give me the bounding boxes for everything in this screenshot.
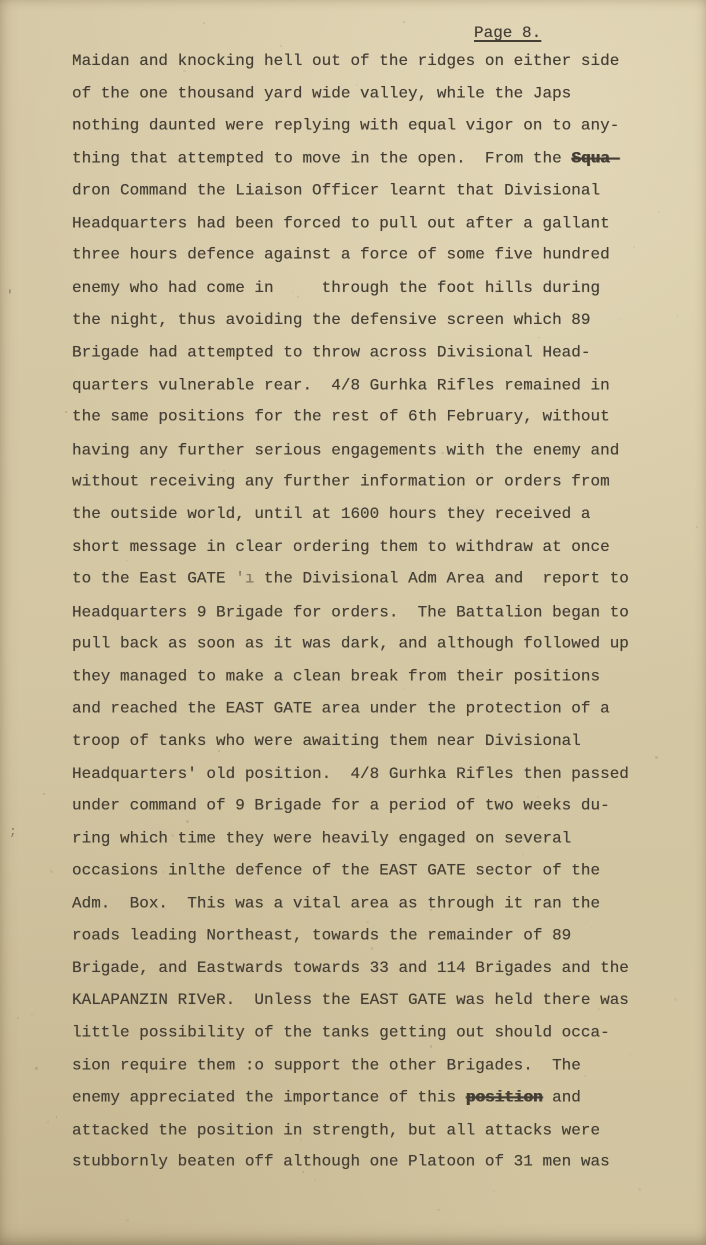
text-line: three hours defence against a force of s… [72, 239, 657, 271]
text-segment: the same positions for the rest of 6th F… [72, 408, 610, 426]
paper-speck [17, 1017, 19, 1019]
paper-speck [677, 315, 678, 316]
document-body-text: Maidan and knocking hell out of the ridg… [72, 45, 657, 1179]
text-segment: Headquarters had been forced to pull out… [72, 214, 610, 232]
text-line: Headquarters 9 Brigade for orders. The B… [72, 596, 657, 628]
text-line: stubbornly beaten off although one Plato… [72, 1146, 657, 1178]
text-line: the night, thus avoiding the defensive s… [72, 304, 657, 336]
text-segment: the night, thus avoiding the defensive s… [72, 311, 590, 329]
text-segment: Adm. Box. This was a vital area as throu… [72, 895, 600, 913]
text-segment: short message in clear ordering them to … [72, 538, 610, 556]
text-segment: under command of 9 Brigade for a period … [72, 797, 610, 815]
text-segment: roads leading Northeast, towards the rem… [72, 926, 571, 944]
text-line: roads leading Northeast, towards the rem… [72, 919, 657, 951]
text-segment: sion require them :o support the other B… [72, 1057, 581, 1075]
text-line: sion require them :o support the other B… [72, 1050, 657, 1082]
paper-speck [696, 526, 698, 528]
paper-speck [314, 1179, 316, 1181]
text-segment: troop of tanks who were awaiting them ne… [72, 732, 581, 750]
overstruck-text: Squa- [571, 150, 619, 168]
text-segment: the Divisional Adm Area and report to [254, 570, 628, 588]
paper-speck [203, 22, 206, 25]
stray-ink-mark: ; [9, 824, 17, 839]
text-line: quarters vulnerable rear. 4/8 Gurhka Rif… [72, 369, 657, 401]
text-line: Brigade had attempted to throw across Di… [72, 336, 657, 368]
text-segment: ring which time they were heavily engage… [72, 830, 571, 848]
paper-speck [50, 870, 53, 873]
text-line: dron Command the Liaison Officer learnt … [72, 174, 657, 206]
text-segment: and [542, 1088, 580, 1106]
text-line: the same positions for the rest of 6th F… [72, 401, 657, 433]
text-segment: dron Command the Liaison Officer learnt … [72, 181, 600, 199]
text-line: Brigade, and Eastwards towards 33 and 11… [72, 952, 657, 984]
overstruck-text: position [466, 1088, 543, 1106]
text-segment: little possibility of the tanks getting … [72, 1023, 610, 1041]
text-segment: pull back as soon as it was dark, and al… [72, 634, 629, 652]
text-segment: enemy appreciated the importance of this [72, 1088, 466, 1106]
text-segment: they managed to make a clean break from … [72, 668, 600, 686]
text-line: Headquarters' old position. 4/8 Gurhka R… [72, 758, 657, 790]
paper-speck [26, 439, 27, 440]
text-line: KALAPANZIN RIVeR. Unless the EAST GATE w… [72, 984, 657, 1016]
text-segment: Headquarters 9 Brigade for orders. The B… [72, 603, 629, 621]
text-segment: of the one thousand yard wide valley, wh… [72, 85, 571, 103]
text-segment: thing that attempted to move in the open… [72, 150, 571, 168]
text-segment: stubbornly beaten off although one Plato… [72, 1153, 610, 1171]
paper-speck [403, 21, 405, 23]
text-line: having any further serious engagements w… [72, 434, 657, 466]
text-segment: having any further serious engagements w… [72, 441, 619, 459]
text-segment: the outside world, until at 1600 hours t… [72, 506, 590, 524]
paper-speck [658, 211, 660, 213]
text-segment: Brigade, and Eastwards towards 33 and 11… [72, 959, 629, 977]
paper-speck [493, 1190, 495, 1192]
text-segment: and reached the EAST GATE area under the… [72, 699, 610, 717]
text-line: nothing daunted were replying with equal… [72, 109, 657, 141]
text-line: short message in clear ordering them to … [72, 531, 657, 563]
text-line: of the one thousand yard wide valley, wh… [72, 78, 657, 110]
paper-speck [65, 411, 66, 412]
text-segment: occasions inlthe defence of the EAST GAT… [72, 861, 600, 879]
stray-ink-mark: ' [6, 288, 14, 303]
text-segment: quarters vulnerable rear. 4/8 Gurhka Rif… [72, 376, 610, 394]
paper-speck [638, 1188, 640, 1190]
paper-speck [18, 182, 19, 183]
text-segment: nothing daunted were replying with equal… [72, 116, 619, 134]
text-line: and reached the EAST GATE area under the… [72, 692, 657, 724]
text-line: they managed to make a clean break from … [72, 661, 657, 693]
text-line: without receiving any further informatio… [72, 466, 657, 498]
text-line: troop of tanks who were awaiting them ne… [72, 725, 657, 757]
text-line: to the East GATE 'ı the Divisional Adm A… [72, 563, 657, 595]
text-segment: to the East GATE [72, 570, 235, 588]
text-segment: Brigade had attempted to throw across Di… [72, 343, 590, 361]
paper-speck [47, 1121, 49, 1123]
text-line: Maidan and knocking hell out of the ridg… [72, 45, 657, 77]
text-line: attacked the position in strength, but a… [72, 1114, 657, 1146]
text-segment: Headquarters' old position. 4/8 Gurhka R… [72, 765, 629, 783]
text-segment: KALAPANZIN RIVeR. Unless the EAST GATE w… [72, 991, 629, 1009]
paper-speck [43, 793, 45, 795]
text-segment: enemy who had come in through the foot h… [72, 279, 600, 297]
paper-speck [437, 1209, 440, 1212]
scanned-typewritten-page: Page 8. Maidan and knocking hell out of … [0, 0, 706, 1245]
paper-speck [674, 998, 676, 1000]
text-segment: attacked the position in strength, but a… [72, 1121, 600, 1139]
text-line: occasions inlthe defence of the EAST GAT… [72, 854, 657, 886]
text-segment: without receiving any further informatio… [72, 473, 610, 491]
text-line: the outside world, until at 1600 hours t… [72, 499, 657, 531]
paper-speck [56, 1116, 57, 1117]
page-number-heading: Page 8. [474, 21, 541, 45]
faint-text: 'ı [235, 570, 254, 588]
text-line: little possibility of the tanks getting … [72, 1016, 657, 1048]
text-line: thing that attempted to move in the open… [72, 143, 657, 175]
text-line: ring which time they were heavily engage… [72, 823, 657, 855]
text-segment: three hours defence against a force of s… [72, 246, 610, 264]
text-line: pull back as soon as it was dark, and al… [72, 627, 657, 659]
paper-speck [31, 1014, 33, 1016]
paper-speck [126, 1219, 129, 1222]
text-line: Adm. Box. This was a vital area as throu… [72, 888, 657, 920]
text-line: enemy who had come in through the foot h… [72, 272, 657, 304]
text-segment: Maidan and knocking hell out of the ridg… [72, 52, 619, 70]
text-line: enemy appreciated the importance of this… [72, 1081, 657, 1113]
text-line: under command of 9 Brigade for a period … [72, 790, 657, 822]
paper-speck [35, 1067, 37, 1069]
text-line: Headquarters had been forced to pull out… [72, 207, 657, 239]
